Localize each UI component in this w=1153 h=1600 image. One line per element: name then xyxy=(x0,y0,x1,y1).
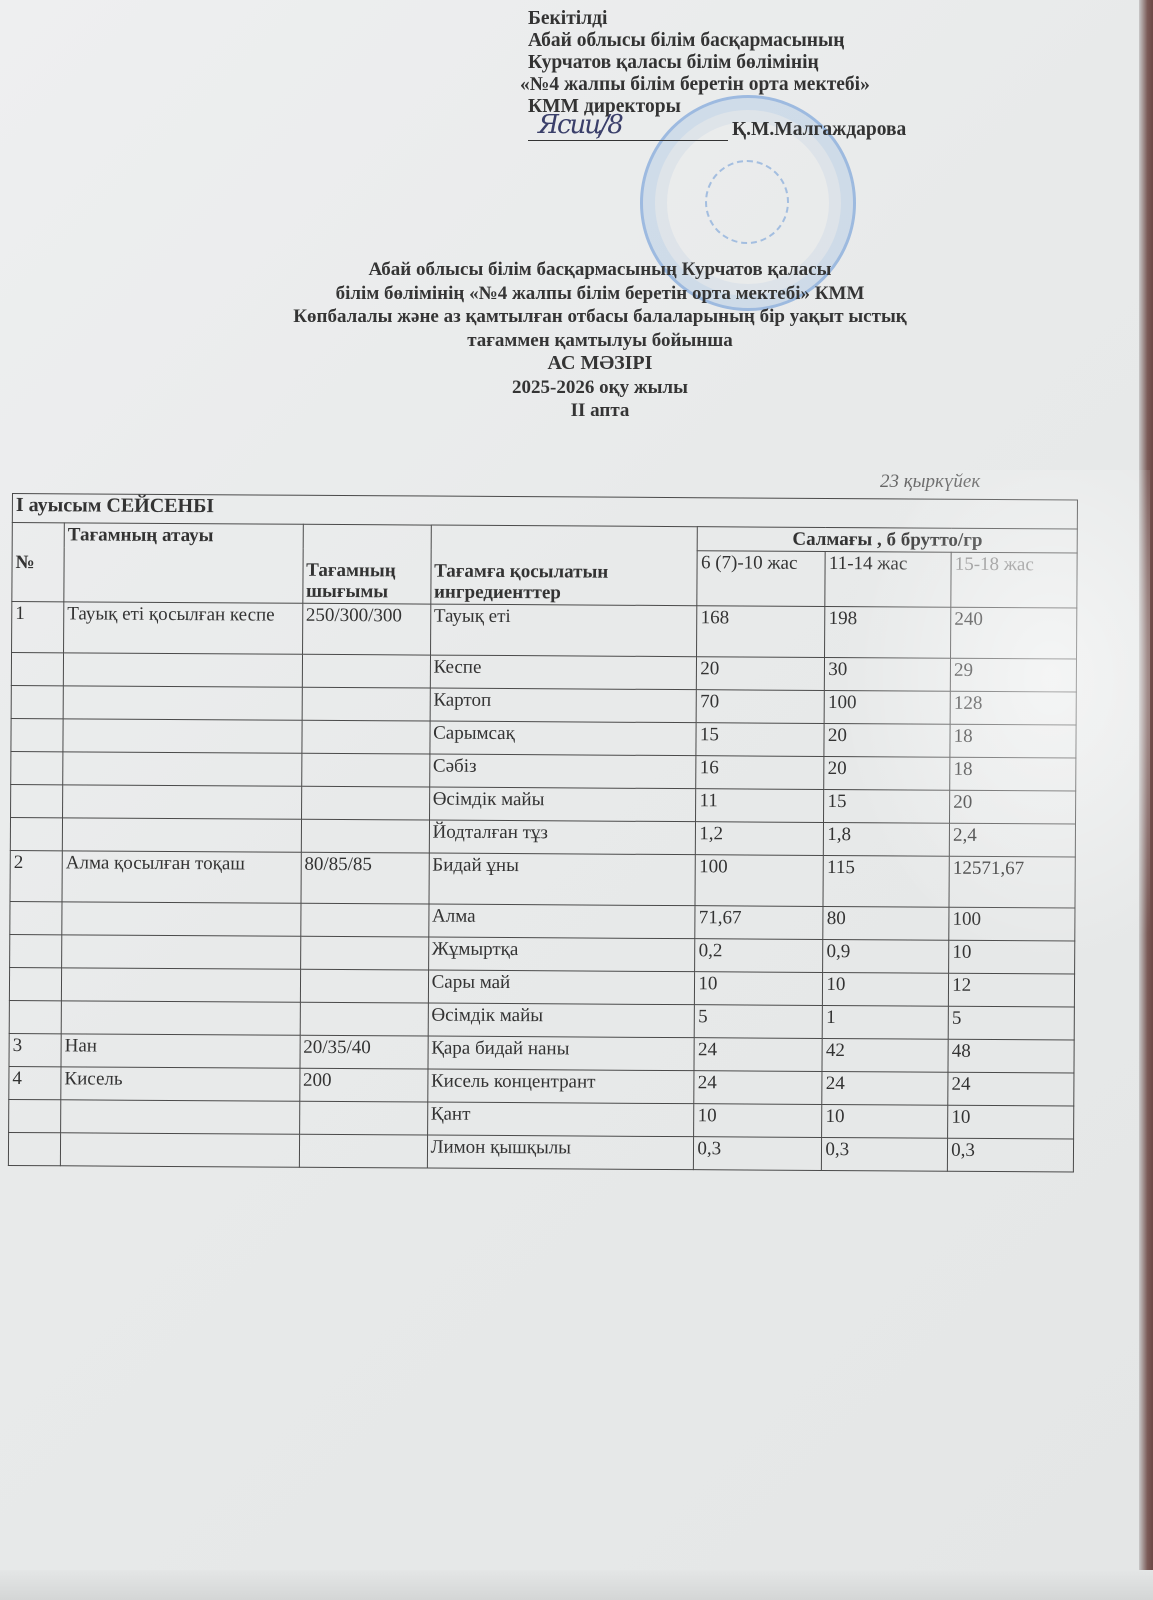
weight-age-6-10: 71,67 xyxy=(695,906,823,940)
weight-age-15-18: 24 xyxy=(948,1072,1074,1106)
ingredient-name: Алма xyxy=(428,904,695,939)
signature-underline: Ясиц/8 xyxy=(528,118,728,141)
weight-age-6-10: 15 xyxy=(696,723,824,757)
weight-age-15-18: 128 xyxy=(950,691,1076,725)
weight-age-11-14: 10 xyxy=(823,972,949,1006)
ingredient-name: Сары май xyxy=(428,970,695,1005)
row-number xyxy=(11,784,63,817)
header-age-6-10: 6 (7)-10 жас xyxy=(697,551,825,607)
dish-output xyxy=(302,654,430,688)
row-number xyxy=(10,934,62,967)
header-age-11-14: 11-14 жас xyxy=(825,551,951,607)
dish-output: 80/85/85 xyxy=(301,852,429,904)
ingredient-name: Өсімдік майы xyxy=(428,1003,695,1038)
row-number xyxy=(11,685,63,718)
dish-output xyxy=(301,786,429,820)
row-number xyxy=(9,1000,61,1033)
ingredient-name: Жұмыртқа xyxy=(428,937,695,972)
dish-name xyxy=(63,752,302,786)
dish-output xyxy=(301,819,429,853)
dish-name xyxy=(61,1001,300,1035)
weight-age-11-14: 24 xyxy=(822,1071,948,1105)
weight-age-11-14: 1 xyxy=(823,1005,949,1039)
menu-table-body: 1Тауық еті қосылған кеспе250/300/300Тауы… xyxy=(8,602,1076,1172)
ingredient-name: Лимон қышқылы xyxy=(427,1135,694,1170)
weight-age-11-14: 80 xyxy=(823,906,949,940)
dish-output: 200 xyxy=(299,1068,427,1102)
dish-name xyxy=(63,686,302,720)
row-number xyxy=(10,901,62,934)
weight-age-11-14: 115 xyxy=(823,855,949,907)
weight-age-15-18: 18 xyxy=(950,724,1076,758)
ingredient-name: Қант xyxy=(427,1102,694,1137)
weight-age-6-10: 16 xyxy=(696,756,824,790)
dish-name xyxy=(62,935,301,969)
school-year: 2025-2026 оқу жылы xyxy=(150,376,1050,400)
dish-output xyxy=(300,1002,428,1036)
ingredient-name: Сарымсақ xyxy=(430,721,697,756)
dish-name: Алма қосылған тоқаш xyxy=(62,851,301,903)
weight-age-6-10: 100 xyxy=(695,855,823,907)
weight-age-11-14: 42 xyxy=(822,1038,948,1072)
menu-table: I ауысым СЕЙСЕНБІ № Тағамның атауы Тағам… xyxy=(8,493,1078,1172)
row-number: 4 xyxy=(9,1066,61,1099)
header-number: № xyxy=(12,523,65,602)
weight-age-6-10: 11 xyxy=(696,789,824,823)
dish-name xyxy=(60,1133,299,1167)
signature-line: Ясиц/8 Қ.М.Малгаждарова xyxy=(528,118,906,141)
dish-name xyxy=(63,785,302,819)
weight-age-15-18: 10 xyxy=(948,1105,1074,1139)
dish-name xyxy=(61,968,300,1002)
week-label: II апта xyxy=(150,399,1050,423)
signatory-name: Қ.М.Малгаждарова xyxy=(732,119,906,141)
page-bottom-margin xyxy=(0,1570,1153,1600)
weight-age-11-14: 0,3 xyxy=(822,1137,948,1171)
row-number: 3 xyxy=(9,1033,61,1066)
weight-age-11-14: 198 xyxy=(825,606,951,658)
ingredient-name: Қара бидай наны xyxy=(428,1036,695,1071)
approval-line: «№4 жалпы білім беретін орта мектебі» xyxy=(520,74,906,96)
dish-name xyxy=(62,818,301,852)
dish-output xyxy=(299,1134,427,1168)
ingredient-name: Бидай ұны xyxy=(429,853,696,906)
weight-age-15-18: 2,4 xyxy=(949,823,1075,857)
ingredient-name: Өсімдік майы xyxy=(429,787,696,822)
weight-age-15-18: 48 xyxy=(948,1039,1074,1073)
weight-age-6-10: 168 xyxy=(697,606,825,658)
row-number xyxy=(9,1099,61,1132)
weight-age-15-18: 0,3 xyxy=(948,1138,1074,1172)
row-number: 2 xyxy=(10,850,62,901)
weight-age-11-14: 10 xyxy=(822,1104,948,1138)
row-number xyxy=(10,817,62,850)
dish-output xyxy=(299,1101,427,1135)
dish-name xyxy=(63,653,302,687)
header-age-15-18: 15-18 жас xyxy=(951,552,1077,608)
weight-age-6-10: 24 xyxy=(694,1038,822,1072)
weight-age-15-18: 12571,67 xyxy=(949,856,1075,908)
dish-output xyxy=(300,936,428,970)
dish-output xyxy=(302,720,430,754)
weight-age-15-18: 100 xyxy=(949,907,1075,941)
table-row: Лимон қышқылы0,30,30,3 xyxy=(8,1132,1073,1172)
dish-output: 250/300/300 xyxy=(302,603,430,655)
row-number xyxy=(11,653,63,686)
weight-age-15-18: 29 xyxy=(950,658,1076,692)
row-number: 1 xyxy=(12,602,64,653)
weight-age-6-10: 24 xyxy=(694,1071,822,1105)
menu-heading: АС МӘЗІРІ xyxy=(150,352,1050,376)
dish-output xyxy=(302,687,430,721)
row-number xyxy=(8,1132,60,1165)
dish-name: Кисель xyxy=(61,1067,300,1101)
folder-edge xyxy=(1139,0,1153,1600)
weight-age-6-10: 70 xyxy=(697,690,825,724)
weight-age-11-14: 20 xyxy=(824,756,950,790)
approval-line: Абай облысы білім басқармасының xyxy=(528,30,906,52)
dish-output: 20/35/40 xyxy=(300,1035,428,1069)
weight-age-11-14: 0,9 xyxy=(823,939,949,973)
dish-name xyxy=(61,1100,300,1134)
weight-age-15-18: 18 xyxy=(950,757,1076,791)
ingredient-name: Кеспе xyxy=(430,655,697,690)
header-output: Тағамның шығымы xyxy=(302,524,430,604)
table-row: 2Алма қосылған тоқаш80/85/85Бидай ұны100… xyxy=(10,850,1075,908)
row-number xyxy=(9,967,61,1000)
weight-age-6-10: 1,2 xyxy=(696,822,824,856)
ingredient-name: Картоп xyxy=(430,688,697,723)
weight-age-6-10: 0,3 xyxy=(694,1137,822,1171)
title-line: Көпбалалы және аз қамтылған отбасы балал… xyxy=(150,305,1050,329)
header-dish-name: Тағамның атауы xyxy=(64,523,303,603)
header-ingredients: Тағамға қосылатын ингредиенттер xyxy=(430,525,697,606)
dish-name: Нан xyxy=(61,1034,300,1068)
title-line: білім бөлімінің «№4 жалпы білім беретін … xyxy=(150,282,1050,306)
ingredient-name: Кисель концентрант xyxy=(427,1069,694,1104)
dish-output xyxy=(300,903,428,937)
dish-name xyxy=(63,719,302,753)
weight-age-15-18: 5 xyxy=(948,1006,1074,1040)
signature-mark: Ясиц/8 xyxy=(538,114,622,136)
row-number xyxy=(11,718,63,751)
weight-age-6-10: 10 xyxy=(694,1104,822,1138)
weight-age-15-18: 10 xyxy=(949,940,1075,974)
weight-age-6-10: 0,2 xyxy=(695,939,823,973)
approval-block: Бекітілді Абай облысы білім басқармасыны… xyxy=(528,8,906,141)
dish-name xyxy=(62,902,301,936)
weight-age-15-18: 240 xyxy=(951,607,1077,659)
dish-output xyxy=(300,969,428,1003)
weight-age-6-10: 20 xyxy=(697,657,825,691)
approval-line: Бекітілді xyxy=(528,8,906,30)
date-note: 23 қыркүйек xyxy=(880,471,980,493)
weight-age-11-14: 15 xyxy=(824,789,950,823)
table-row: 1Тауық еті қосылған кеспе250/300/300Тауы… xyxy=(12,602,1077,660)
ingredient-name: Тауық еті xyxy=(430,604,697,657)
weight-age-11-14: 100 xyxy=(824,690,950,724)
approval-line: Курчатов қаласы білім бөлімінің xyxy=(528,52,906,74)
weight-age-11-14: 20 xyxy=(824,723,950,757)
weight-age-15-18: 12 xyxy=(949,973,1075,1007)
title-line: тағаммен қамтылуы бойынша xyxy=(150,329,1050,353)
weight-age-6-10: 5 xyxy=(695,1005,823,1039)
weight-age-15-18: 20 xyxy=(950,790,1076,824)
dish-name: Тауық еті қосылған кеспе xyxy=(64,602,303,654)
dish-output xyxy=(301,753,429,787)
weight-age-6-10: 10 xyxy=(695,972,823,1006)
weight-age-11-14: 1,8 xyxy=(824,822,950,856)
header-weight: Салмағы , б брутто/гр xyxy=(698,527,1078,553)
ingredient-name: Сәбіз xyxy=(429,754,696,789)
weight-age-11-14: 30 xyxy=(825,657,951,691)
ingredient-name: Йодталған тұз xyxy=(429,820,696,855)
row-number xyxy=(11,751,63,784)
title-line: Абай облысы білім басқармасының Курчатов… xyxy=(150,258,1050,282)
document-title: Абай облысы білім басқармасының Курчатов… xyxy=(150,258,1050,423)
